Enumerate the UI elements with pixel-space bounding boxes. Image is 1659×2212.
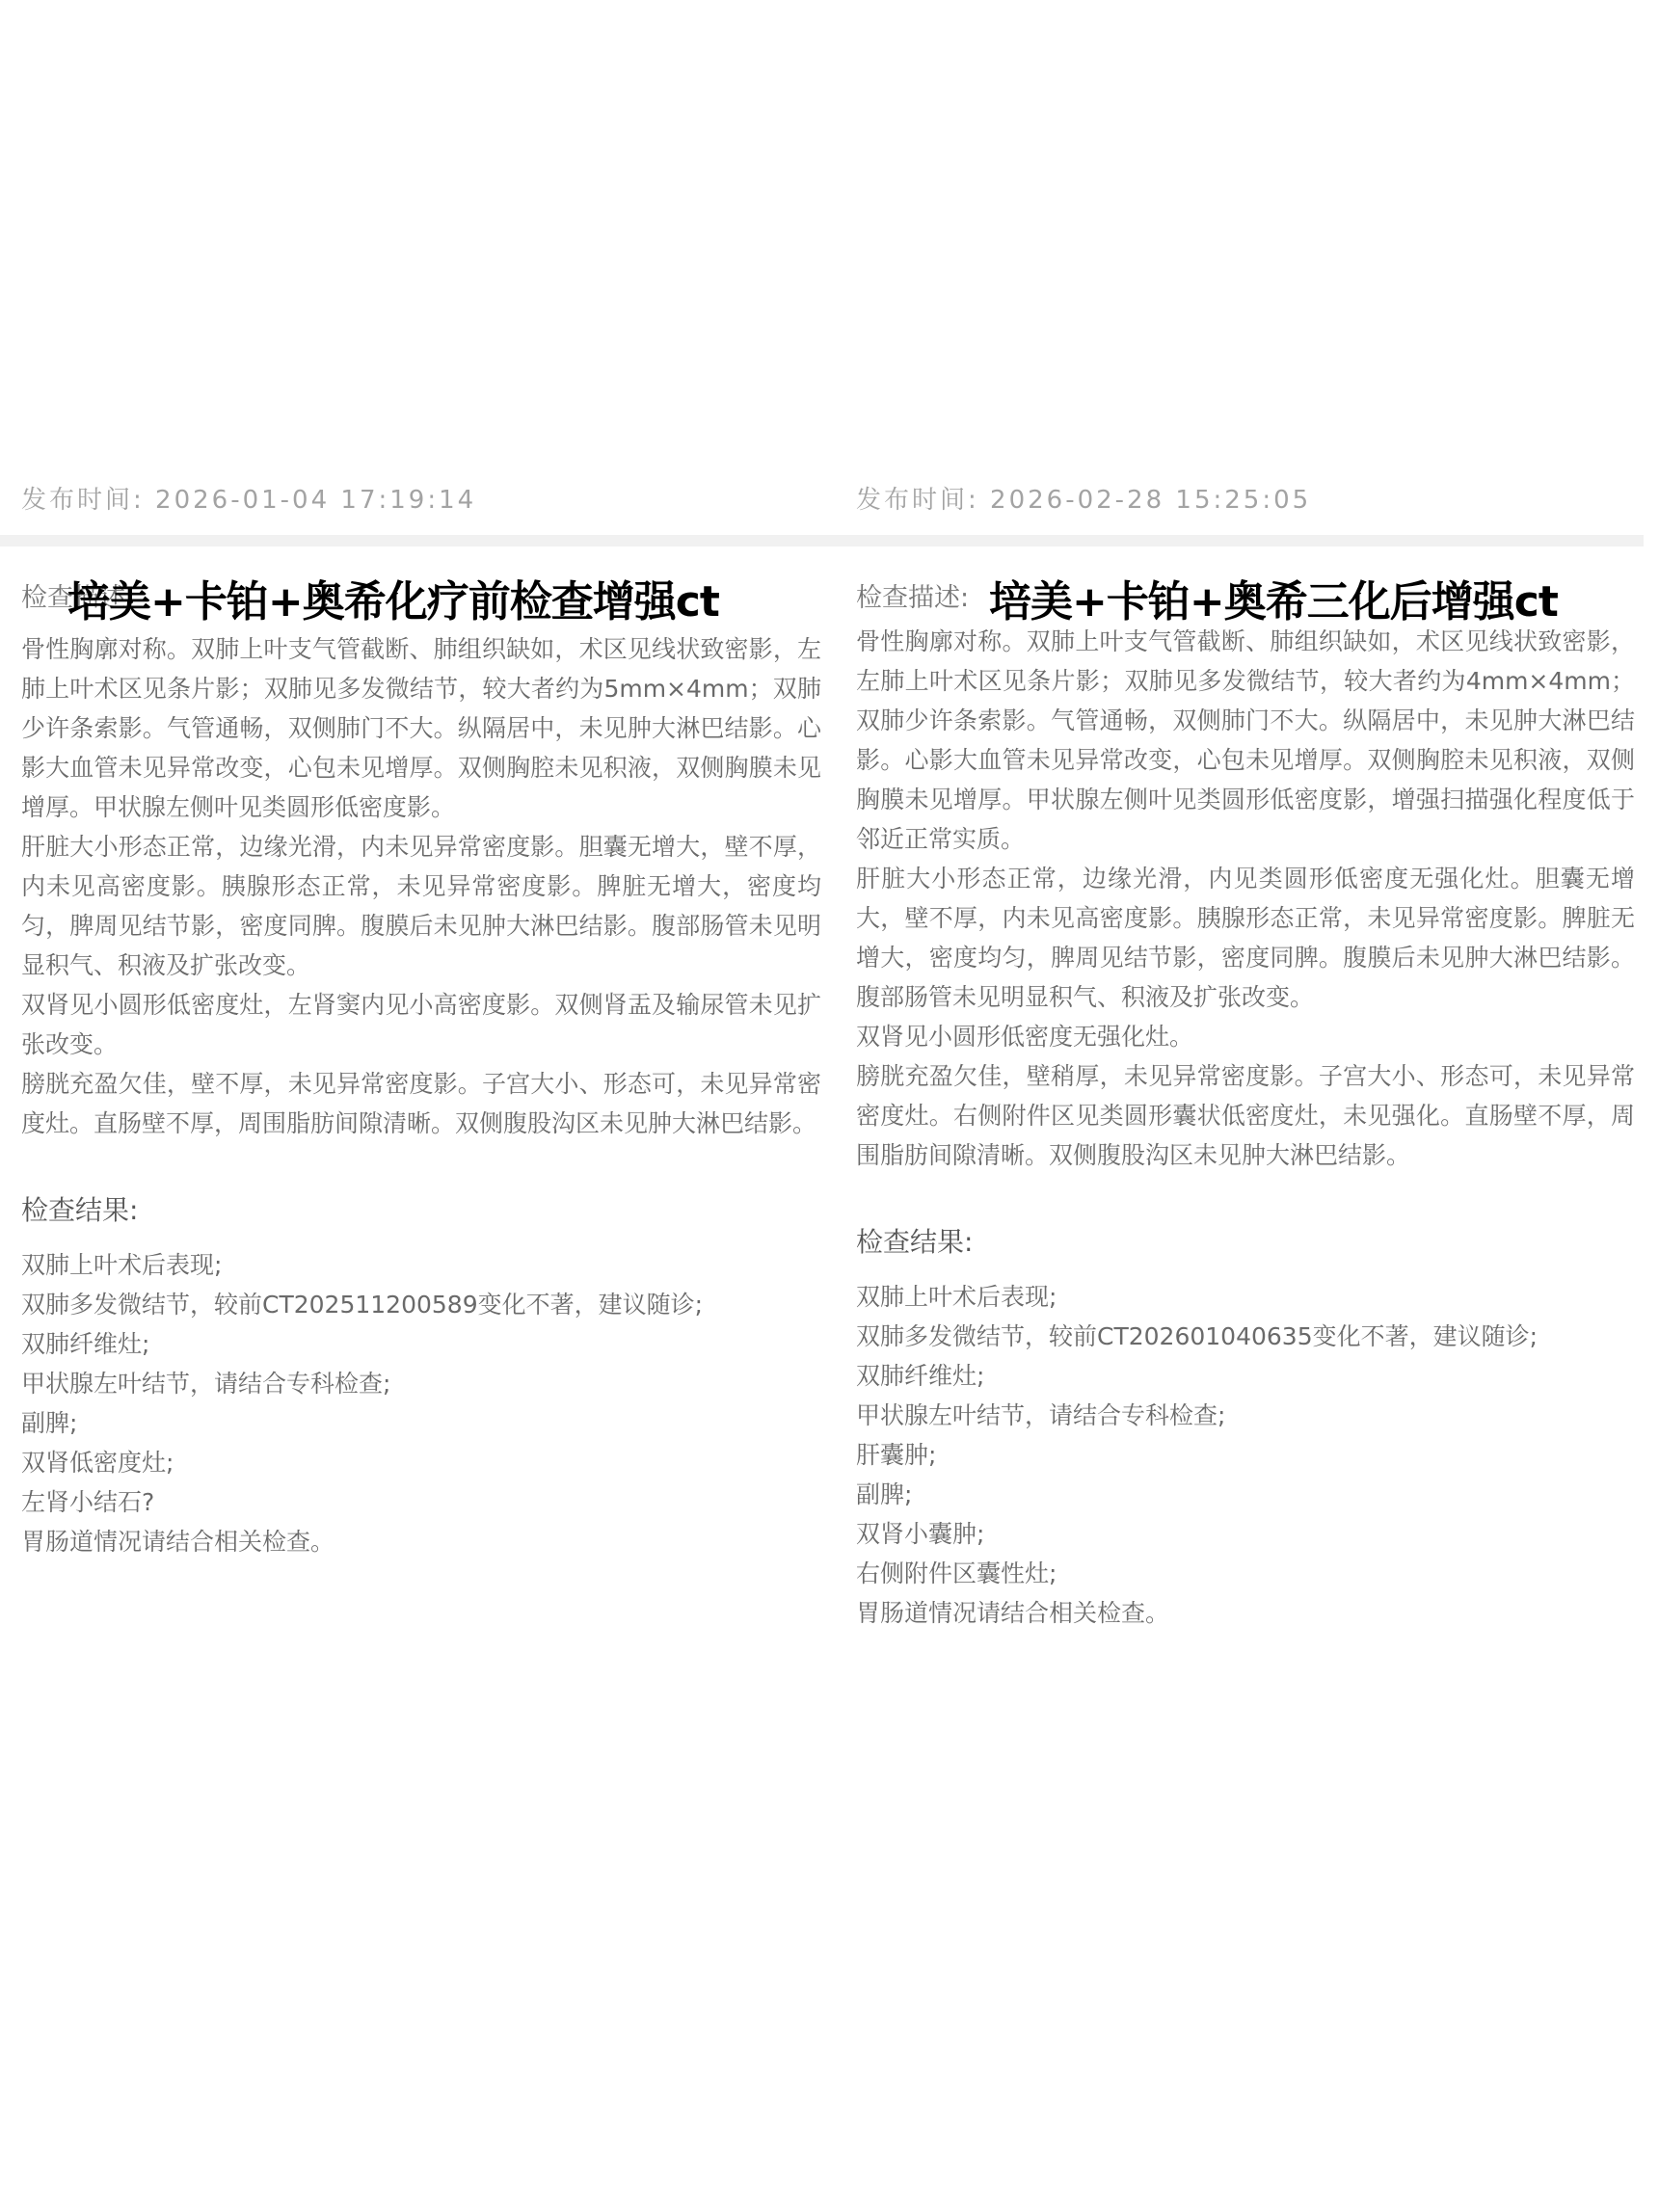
report-body: 骨性胸廓对称。双肺上叶支气管截断、肺组织缺如，术区见线状致密影，左肺上叶术区见条…	[21, 629, 821, 1561]
publish-time: 发布时间: 2026-02-28 15:25:05	[856, 480, 1311, 516]
section-separator	[0, 535, 1644, 546]
result-item: 右侧附件区囊性灶;	[856, 1554, 1635, 1593]
overlay-title: 培美+卡铂+奥希化疗前检查增强ct	[67, 567, 719, 628]
result-item: 左肾小结石?	[21, 1482, 821, 1522]
description-paragraph: 双肾见小圆形低密度灶，左肾窦内见小高密度影。双侧肾盂及输尿管未见扩张改变。	[21, 985, 821, 1064]
result-item: 双肺上叶术后表现;	[856, 1277, 1635, 1317]
description-label: 检查描述:	[856, 576, 969, 614]
result-item: 胃肠道情况请结合相关检查。	[856, 1593, 1635, 1633]
description-paragraph: 膀胱充盈欠佳，壁稍厚，未见异常密度影。子宫大小、形态可，未见异常密度灶。右侧附件…	[856, 1056, 1635, 1175]
results-heading: 检查结果:	[21, 1189, 821, 1232]
description-paragraph: 肝脏大小形态正常，边缘光滑，内未见异常密度影。胆囊无增大，壁不厚，内未见高密度影…	[21, 827, 821, 985]
result-item: 胃肠道情况请结合相关检查。	[21, 1522, 821, 1561]
description-paragraph: 膀胱充盈欠佳，壁不厚，未见异常密度影。子宫大小、形态可，未见异常密度灶。直肠壁不…	[21, 1064, 821, 1143]
result-item: 副脾;	[856, 1475, 1635, 1514]
report-body: 骨性胸廓对称。双肺上叶支气管截断、肺组织缺如，术区见线状致密影，左肺上叶术区见条…	[856, 622, 1635, 1633]
publish-time-label: 发布时间:	[856, 486, 979, 515]
result-item: 甲状腺左叶结节，请结合专科检查;	[856, 1396, 1635, 1435]
result-item: 副脾;	[21, 1403, 821, 1443]
result-item: 双肺多发微结节，较前CT202601040635变化不著，建议随诊;	[856, 1317, 1635, 1356]
result-item: 双肾低密度灶;	[21, 1443, 821, 1482]
result-item: 甲状腺左叶结节，请结合专科检查;	[21, 1364, 821, 1403]
description-paragraph: 骨性胸廓对称。双肺上叶支气管截断、肺组织缺如，术区见线状致密影，左肺上叶术区见条…	[21, 629, 821, 827]
publish-time-value: 2026-01-04 17:19:14	[155, 486, 476, 515]
description-paragraph: 肝脏大小形态正常，边缘光滑，内见类圆形低密度无强化灶。胆囊无增大，壁不厚，内未见…	[856, 859, 1635, 1017]
overlay-title: 培美+卡铂+奥希三化后增强ct	[989, 567, 1558, 628]
result-item: 双肺纤维灶;	[21, 1324, 821, 1364]
publish-time-value: 2026-02-28 15:25:05	[990, 486, 1311, 515]
result-item: 双肺多发微结节，较前CT202511200589变化不著，建议随诊;	[21, 1285, 821, 1324]
publish-time: 发布时间: 2026-01-04 17:19:14	[21, 480, 476, 516]
results-heading: 检查结果:	[856, 1221, 1635, 1264]
result-item: 双肾小囊肿;	[856, 1514, 1635, 1554]
description-paragraph: 骨性胸廓对称。双肺上叶支气管截断、肺组织缺如，术区见线状致密影，左肺上叶术区见条…	[856, 622, 1635, 859]
publish-time-label: 发布时间:	[21, 486, 145, 515]
result-item: 肝囊肿;	[856, 1435, 1635, 1475]
result-item: 双肺上叶术后表现;	[21, 1245, 821, 1285]
description-paragraph: 双肾见小圆形低密度无强化灶。	[856, 1017, 1635, 1056]
result-item: 双肺纤维灶;	[856, 1356, 1635, 1396]
